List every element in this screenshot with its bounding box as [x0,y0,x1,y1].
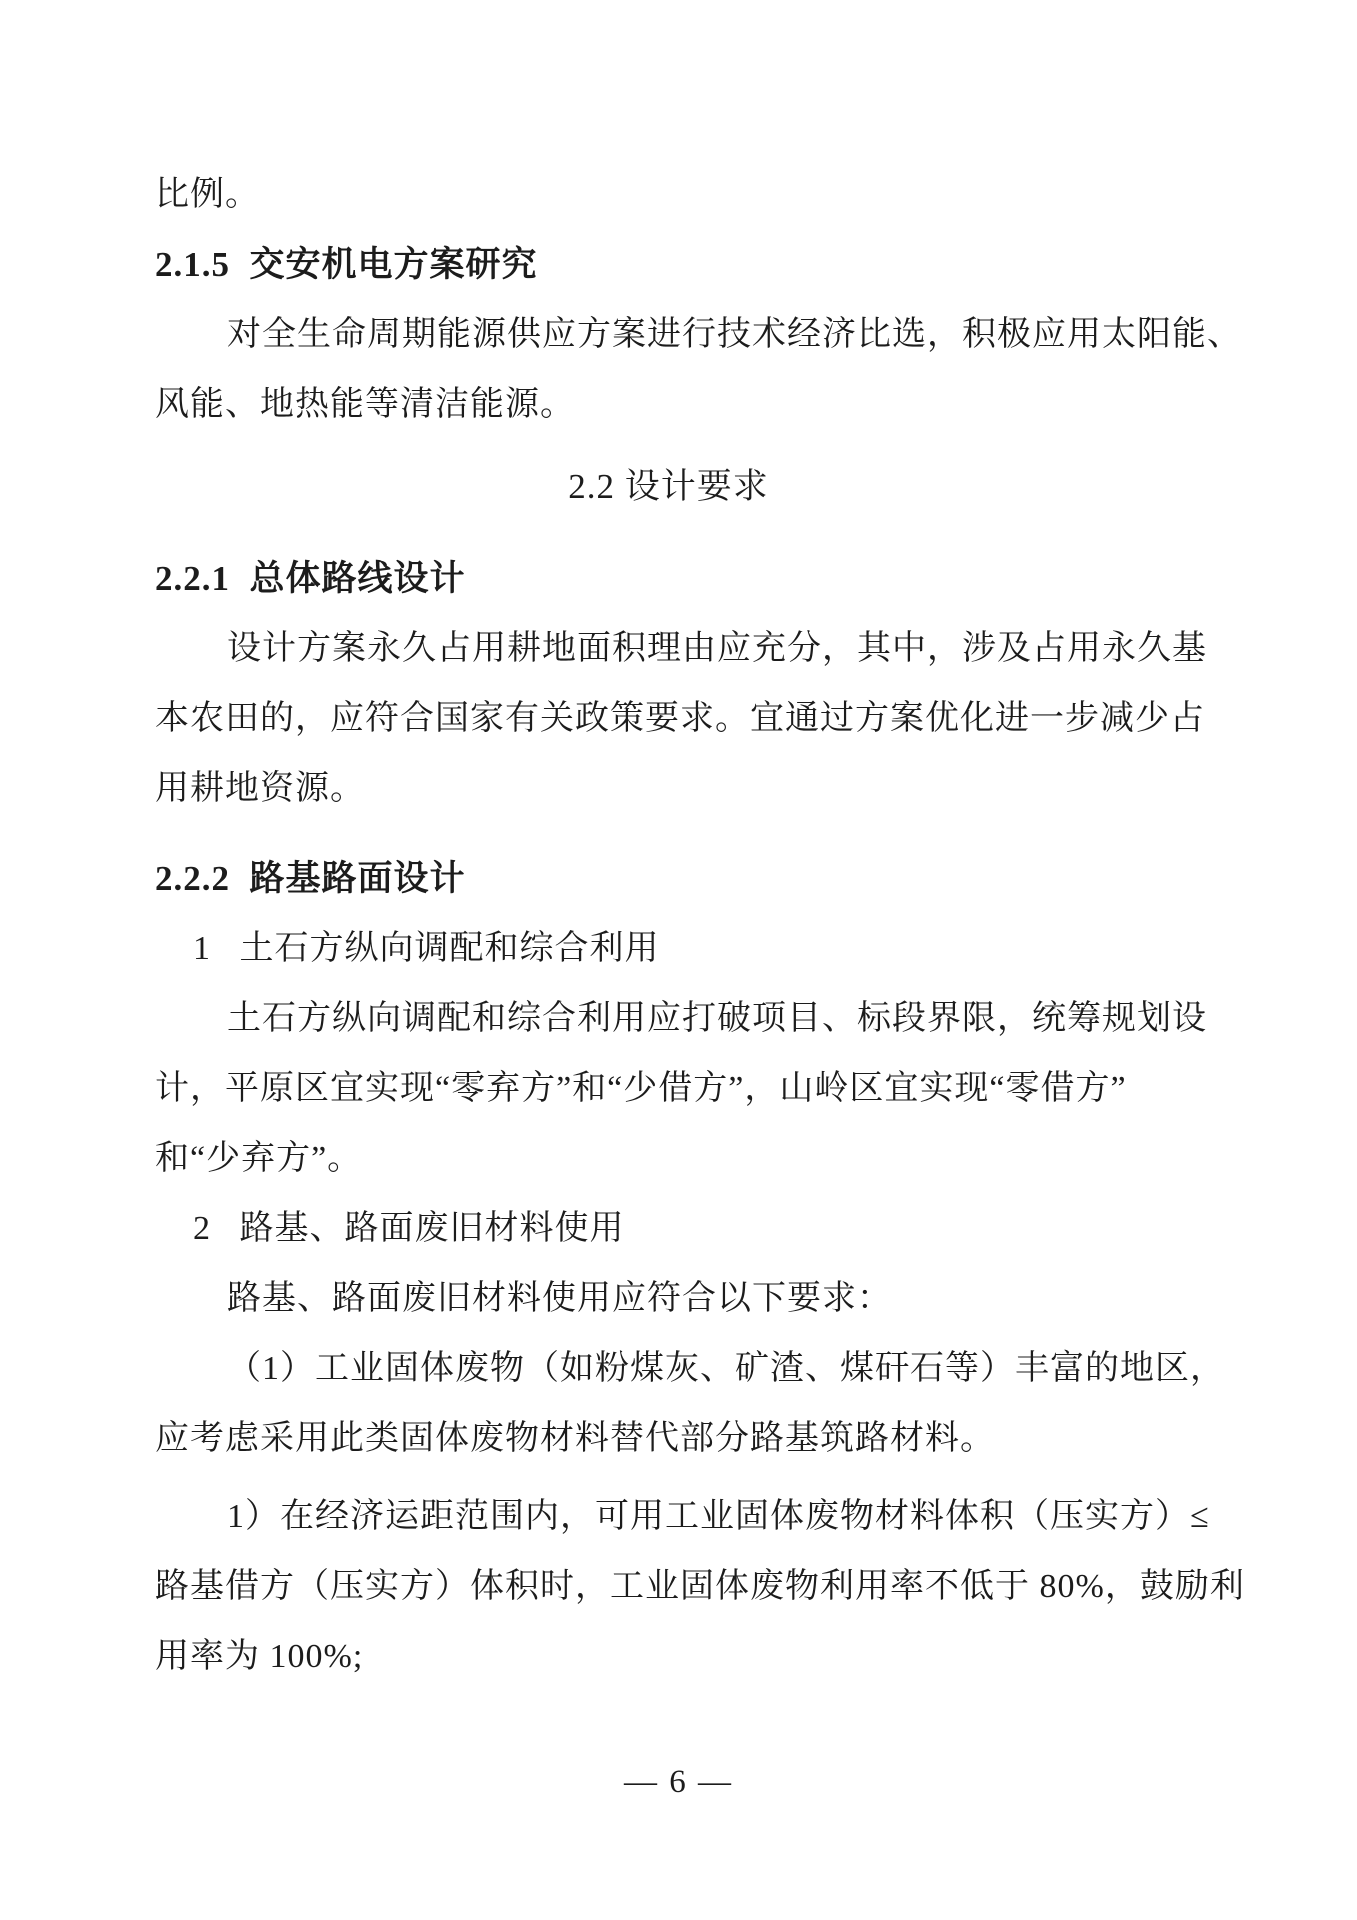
document-page: 比例。 2.1.5 交安机电方案研究 对全生命周期能源供应方案进行技术经济比选，… [0,0,1357,1920]
section-heading-2-1-5: 2.1.5 交安机电方案研究 [0,230,1357,300]
paragraph-line: 用耕地资源。 [0,754,1357,824]
paragraph-line: 风能、地热能等清洁能源。 [0,370,1357,440]
section-heading-2-2-1: 2.2.1 总体路线设计 [0,544,1357,614]
list-item-heading: 2 路基、路面废旧材料使用 [0,1194,1357,1264]
paragraph-line: 比例。 [0,160,1357,230]
page-number: — 6 — [0,1758,1357,1806]
list-item-heading: 1 土石方纵向调配和综合利用 [0,914,1357,984]
paragraph-line: 和“少弃方”。 [0,1124,1357,1194]
section-heading-2-2-2: 2.2.2 路基路面设计 [0,844,1357,914]
paragraph-line: 路基借方（压实方）体积时，工业固体废物利用率不低于 80%，鼓励利 [0,1552,1357,1622]
paragraph-line: 用率为 100%; [0,1622,1357,1692]
paragraph-line: （1）工业固体废物（如粉煤灰、矿渣、煤矸石等）丰富的地区， [0,1334,1357,1404]
paragraph-line: 路基、路面废旧材料使用应符合以下要求： [0,1264,1357,1334]
paragraph-line: 计，平原区宜实现“零弃方”和“少借方”，山岭区宜实现“零借方” [0,1054,1357,1124]
paragraph-line: 设计方案永久占用耕地面积理由应充分，其中，涉及占用永久基 [0,614,1357,684]
paragraph-line: 应考虑采用此类固体废物材料替代部分路基筑路材料。 [0,1404,1357,1474]
paragraph-line: 对全生命周期能源供应方案进行技术经济比选，积极应用太阳能、 [0,300,1357,370]
paragraph-line: 土石方纵向调配和综合利用应打破项目、标段界限，统筹规划设 [0,984,1357,1054]
paragraph-line: 本农田的，应符合国家有关政策要求。宜通过方案优化进一步减少占 [0,684,1357,754]
section-heading-2-2: 2.2 设计要求 [0,452,1357,522]
paragraph-line: 1）在经济运距范围内，可用工业固体废物材料体积（压实方）≤ [0,1482,1357,1552]
